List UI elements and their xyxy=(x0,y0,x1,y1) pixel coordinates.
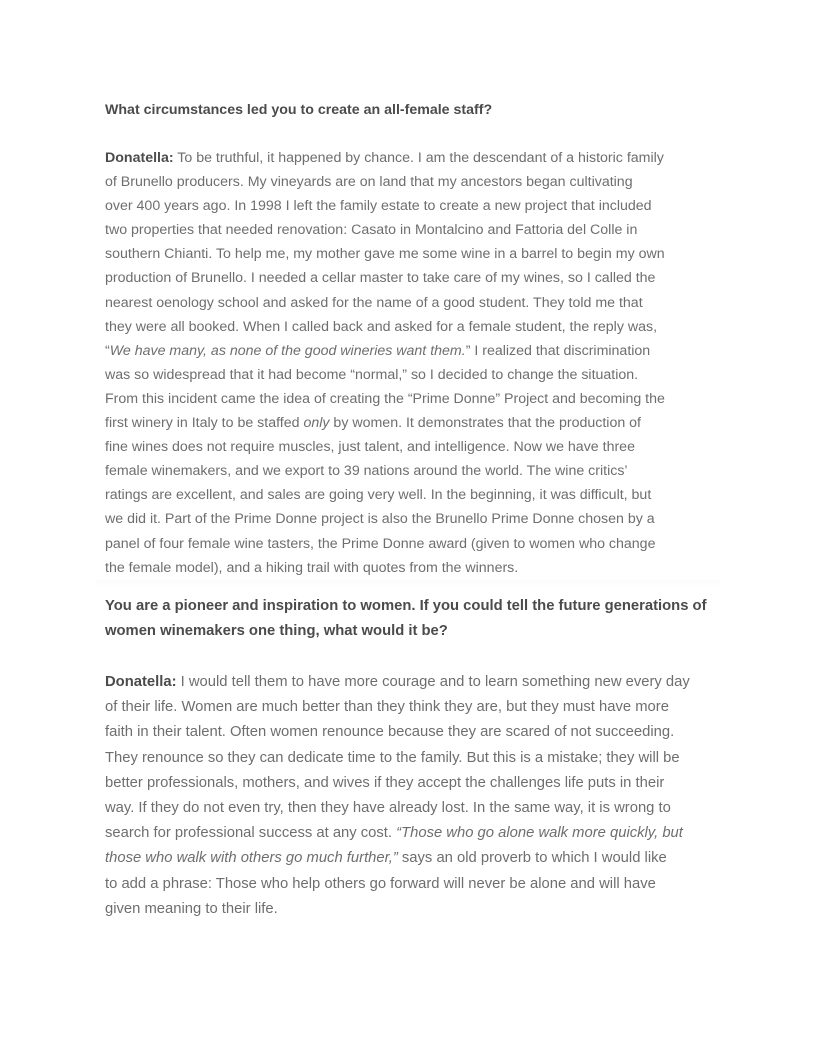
answer-line: They renounce so they can dedicate time … xyxy=(105,746,690,771)
answer-1: Donatella: To be truthful, it happened b… xyxy=(105,146,665,580)
answer-line: nearest oenology school and asked for th… xyxy=(105,291,665,315)
question-1: What circumstances led you to create an … xyxy=(105,98,492,122)
answer-line: way. If they do not even try, then they … xyxy=(105,796,690,821)
answer-line: From this incident came the idea of crea… xyxy=(105,387,665,411)
proverb-quote: “Those who go alone walk more quickly, b… xyxy=(396,825,683,841)
answer-line: was so widespread that it had become “no… xyxy=(105,363,665,387)
answer-line: they were all booked. When I called back… xyxy=(105,315,665,339)
answer-line: the female model), and a hiking trail wi… xyxy=(105,556,665,580)
question-line: You are a pioneer and inspiration to wom… xyxy=(105,594,707,619)
answer-line: those who walk with others go much furth… xyxy=(105,846,690,871)
answer-line: of their life. Women are much better tha… xyxy=(105,695,690,720)
answer-line: first winery in Italy to be staffed only… xyxy=(105,411,665,435)
answer-line: given meaning to their life. xyxy=(105,897,690,922)
answer-line: two properties that needed renovation: C… xyxy=(105,218,665,242)
answer-line: to add a phrase: Those who help others g… xyxy=(105,872,690,897)
answer-line: better professionals, mothers, and wives… xyxy=(105,771,690,796)
quoted-reply: We have many, as none of the good wineri… xyxy=(110,343,466,359)
speaker-label: Donatella: xyxy=(105,674,177,690)
answer-line: production of Brunello. I needed a cella… xyxy=(105,266,665,290)
question-2: You are a pioneer and inspiration to wom… xyxy=(105,594,707,644)
answer-line: fine wines does not require muscles, jus… xyxy=(105,435,665,459)
proverb-quote: those who walk with others go much furth… xyxy=(105,850,398,866)
answer-line: panel of four female wine tasters, the P… xyxy=(105,532,665,556)
answer-line: faith in their talent. Often women renou… xyxy=(105,720,690,745)
speaker-label: Donatella: xyxy=(105,150,174,166)
answer-line: over 400 years ago. In 1998 I left the f… xyxy=(105,194,665,218)
answer-line: female winemakers, and we export to 39 n… xyxy=(105,459,665,483)
answer-line: of Brunello producers. My vineyards are … xyxy=(105,170,665,194)
answer-line: Donatella: To be truthful, it happened b… xyxy=(105,146,665,170)
question-line: women winemakers one thing, what would i… xyxy=(105,619,707,644)
answer-line: “We have many, as none of the good winer… xyxy=(105,339,665,363)
emphasis: only xyxy=(303,415,329,431)
answer-line: ratings are excellent, and sales are goi… xyxy=(105,483,665,507)
answer-2: Donatella: I would tell them to have mor… xyxy=(105,670,690,922)
answer-line: we did it. Part of the Prime Donne proje… xyxy=(105,507,665,531)
answer-line: search for professional success at any c… xyxy=(105,821,690,846)
answer-line: southern Chianti. To help me, my mother … xyxy=(105,242,665,266)
section-divider-band xyxy=(96,580,720,588)
answer-line: Donatella: I would tell them to have mor… xyxy=(105,670,690,695)
